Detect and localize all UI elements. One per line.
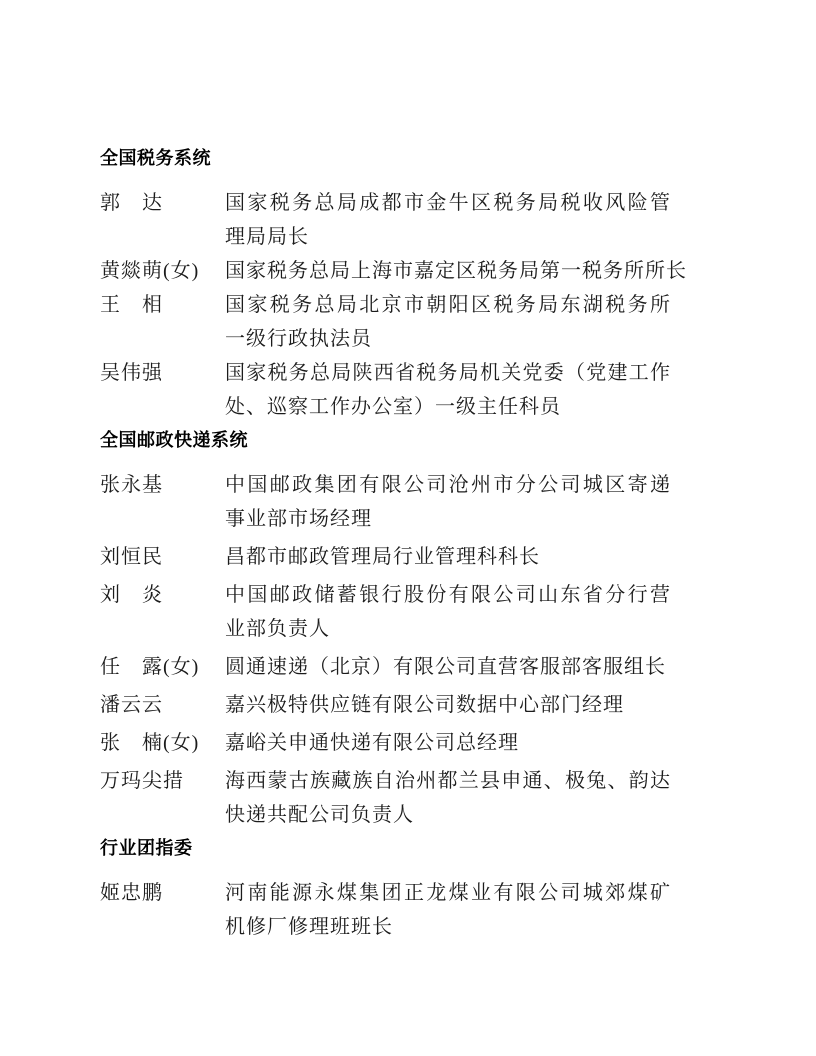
entry-name: 张 楠(女) [100, 726, 225, 760]
entry-name: 刘恒民 [100, 540, 225, 574]
entry-name: 刘 炎 [100, 578, 225, 612]
description-line: 中国邮政集团有限公司沧州市分公司城区寄递 [225, 468, 671, 502]
entry-row: 张永基 中国邮政集团有限公司沧州市分公司城区寄递事业部市场经理 [100, 468, 746, 536]
award-section: 全国税务系统 郭 达 国家税务总局成都市金牛区税务局税收风险管理局局长 黄燚萌(… [100, 146, 746, 424]
entry-description: 中国邮政储蓄银行股份有限公司山东省分行营业部负责人 [225, 578, 671, 646]
entry-name: 张永基 [100, 468, 225, 502]
entry-description: 海西蒙古族藏族自治州都兰县申通、极兔、韵达快递共配公司负责人 [225, 764, 671, 832]
entry-row: 王 相 国家税务总局北京市朝阳区税务局东湖税务所一级行政执法员 [100, 288, 746, 356]
entry-name: 任 露(女) [100, 650, 225, 684]
entry-row: 姬忠鹏 河南能源永煤集团正龙煤业有限公司城郊煤矿机修厂修理班班长 [100, 876, 746, 944]
entry-name: 郭 达 [100, 186, 225, 220]
description-line: 国家税务总局成都市金牛区税务局税收风险管 [225, 186, 671, 220]
entry-name: 王 相 [100, 288, 225, 322]
entry-name: 潘云云 [100, 688, 225, 722]
section-entries: 姬忠鹏 河南能源永煤集团正龙煤业有限公司城郊煤矿机修厂修理班班长 [100, 876, 746, 944]
description-line: 嘉兴极特供应链有限公司数据中心部门经理 [225, 688, 671, 722]
description-line: 快递共配公司负责人 [225, 798, 671, 832]
entry-row: 黄燚萌(女) 国家税务总局上海市嘉定区税务局第一税务所所长 [100, 254, 746, 288]
entry-name: 姬忠鹏 [100, 876, 225, 910]
description-line: 业部负责人 [225, 612, 671, 646]
document-page: 全国税务系统 郭 达 国家税务总局成都市金牛区税务局税收风险管理局局长 黄燚萌(… [0, 0, 816, 1056]
description-line: 昌都市邮政管理局行业管理科科长 [225, 540, 671, 574]
section-heading: 全国邮政快递系统 [100, 428, 746, 454]
entry-description: 昌都市邮政管理局行业管理科科长 [225, 540, 671, 574]
description-line: 事业部市场经理 [225, 502, 671, 536]
description-line: 国家税务总局北京市朝阳区税务局东湖税务所 [225, 288, 671, 322]
entry-row: 万玛尖措 海西蒙古族藏族自治州都兰县申通、极兔、韵达快递共配公司负责人 [100, 764, 746, 832]
entry-row: 张 楠(女) 嘉峪关申通快递有限公司总经理 [100, 726, 746, 760]
description-line: 国家税务总局上海市嘉定区税务局第一税务所所长 [225, 254, 671, 288]
section-entries: 张永基 中国邮政集团有限公司沧州市分公司城区寄递事业部市场经理 刘恒民 昌都市邮… [100, 468, 746, 832]
entry-description: 国家税务总局成都市金牛区税务局税收风险管理局局长 [225, 186, 671, 254]
description-line: 河南能源永煤集团正龙煤业有限公司城郊煤矿 [225, 876, 671, 910]
section-entries: 郭 达 国家税务总局成都市金牛区税务局税收风险管理局局长 黄燚萌(女) 国家税务… [100, 186, 746, 424]
description-line: 嘉峪关申通快递有限公司总经理 [225, 726, 671, 760]
description-line: 圆通速递（北京）有限公司直营客服部客服组长 [225, 650, 671, 684]
entry-description: 圆通速递（北京）有限公司直营客服部客服组长 [225, 650, 671, 684]
entry-row: 刘恒民 昌都市邮政管理局行业管理科科长 [100, 540, 746, 574]
description-line: 海西蒙古族藏族自治州都兰县申通、极兔、韵达 [225, 764, 671, 798]
description-line: 中国邮政储蓄银行股份有限公司山东省分行营 [225, 578, 671, 612]
section-heading: 行业团指委 [100, 836, 746, 862]
entry-description: 嘉兴极特供应链有限公司数据中心部门经理 [225, 688, 671, 722]
description-line: 机修厂修理班班长 [225, 910, 671, 944]
entry-description: 国家税务总局上海市嘉定区税务局第一税务所所长 [225, 254, 671, 288]
entry-description: 国家税务总局北京市朝阳区税务局东湖税务所一级行政执法员 [225, 288, 671, 356]
entry-description: 嘉峪关申通快递有限公司总经理 [225, 726, 671, 760]
entry-row: 任 露(女) 圆通速递（北京）有限公司直营客服部客服组长 [100, 650, 746, 684]
entry-description: 国家税务总局陕西省税务局机关党委（党建工作处、巡察工作办公室）一级主任科员 [225, 356, 671, 424]
entry-row: 刘 炎 中国邮政储蓄银行股份有限公司山东省分行营业部负责人 [100, 578, 746, 646]
section-heading: 全国税务系统 [100, 146, 746, 172]
entry-row: 吴伟强 国家税务总局陕西省税务局机关党委（党建工作处、巡察工作办公室）一级主任科… [100, 356, 746, 424]
award-section: 行业团指委 姬忠鹏 河南能源永煤集团正龙煤业有限公司城郊煤矿机修厂修理班班长 [100, 836, 746, 944]
description-line: 理局局长 [225, 220, 671, 254]
entry-description: 中国邮政集团有限公司沧州市分公司城区寄递事业部市场经理 [225, 468, 671, 536]
entry-row: 郭 达 国家税务总局成都市金牛区税务局税收风险管理局局长 [100, 186, 746, 254]
entry-name: 黄燚萌(女) [100, 254, 225, 288]
entry-row: 潘云云 嘉兴极特供应链有限公司数据中心部门经理 [100, 688, 746, 722]
description-line: 国家税务总局陕西省税务局机关党委（党建工作 [225, 356, 671, 390]
award-section: 全国邮政快递系统 张永基 中国邮政集团有限公司沧州市分公司城区寄递事业部市场经理… [100, 428, 746, 832]
entry-description: 河南能源永煤集团正龙煤业有限公司城郊煤矿机修厂修理班班长 [225, 876, 671, 944]
description-line: 一级行政执法员 [225, 322, 671, 356]
sections-root: 全国税务系统 郭 达 国家税务总局成都市金牛区税务局税收风险管理局局长 黄燚萌(… [100, 146, 746, 944]
entry-name: 万玛尖措 [100, 764, 225, 798]
description-line: 处、巡察工作办公室）一级主任科员 [225, 390, 671, 424]
entry-name: 吴伟强 [100, 356, 225, 390]
